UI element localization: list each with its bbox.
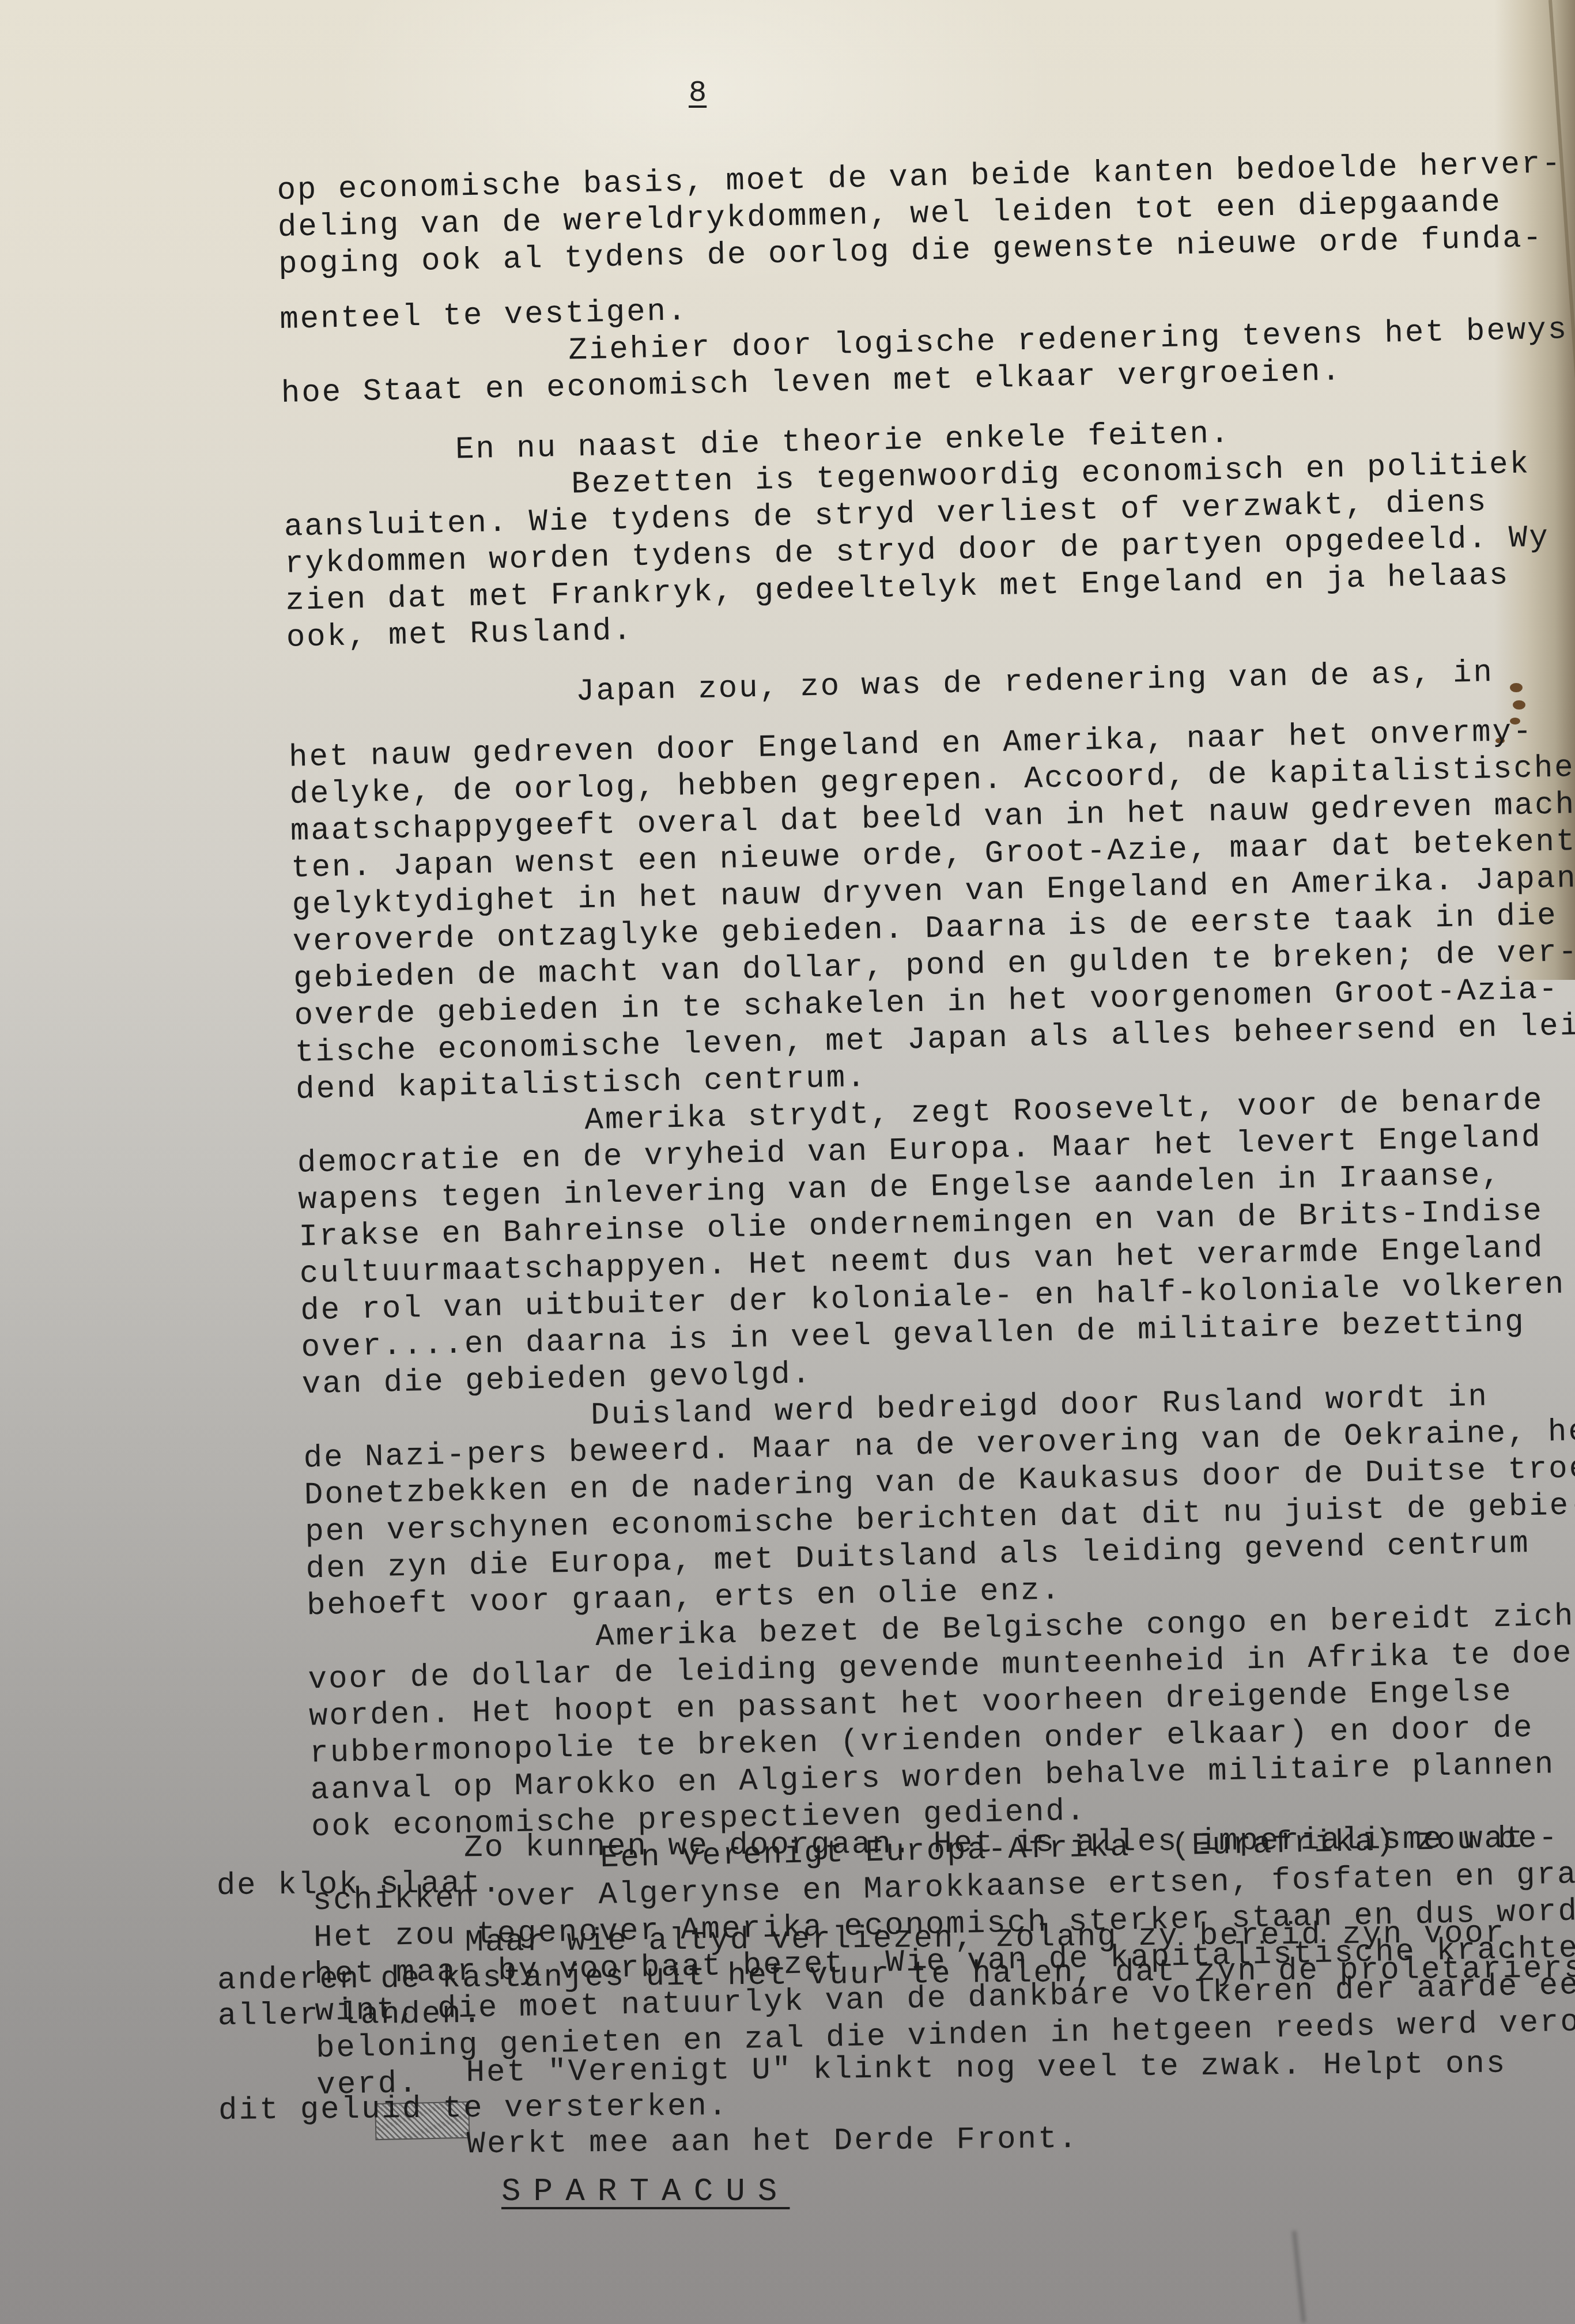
typed-closing-text: Zo kunnen we doorgaan. Het is alles impe… bbox=[216, 1821, 1544, 2165]
paper-page: 8 op economische basis, moet de van beid… bbox=[0, 0, 1575, 2324]
signature: SPARTACUS bbox=[501, 2173, 790, 2210]
paper-crease bbox=[1292, 2231, 1306, 2323]
text-line: Japan zou, zo was de redenering van de a… bbox=[287, 655, 1498, 717]
page-number: 8 bbox=[689, 76, 707, 110]
ink-stain bbox=[1513, 700, 1525, 710]
ink-stain bbox=[1510, 683, 1523, 692]
